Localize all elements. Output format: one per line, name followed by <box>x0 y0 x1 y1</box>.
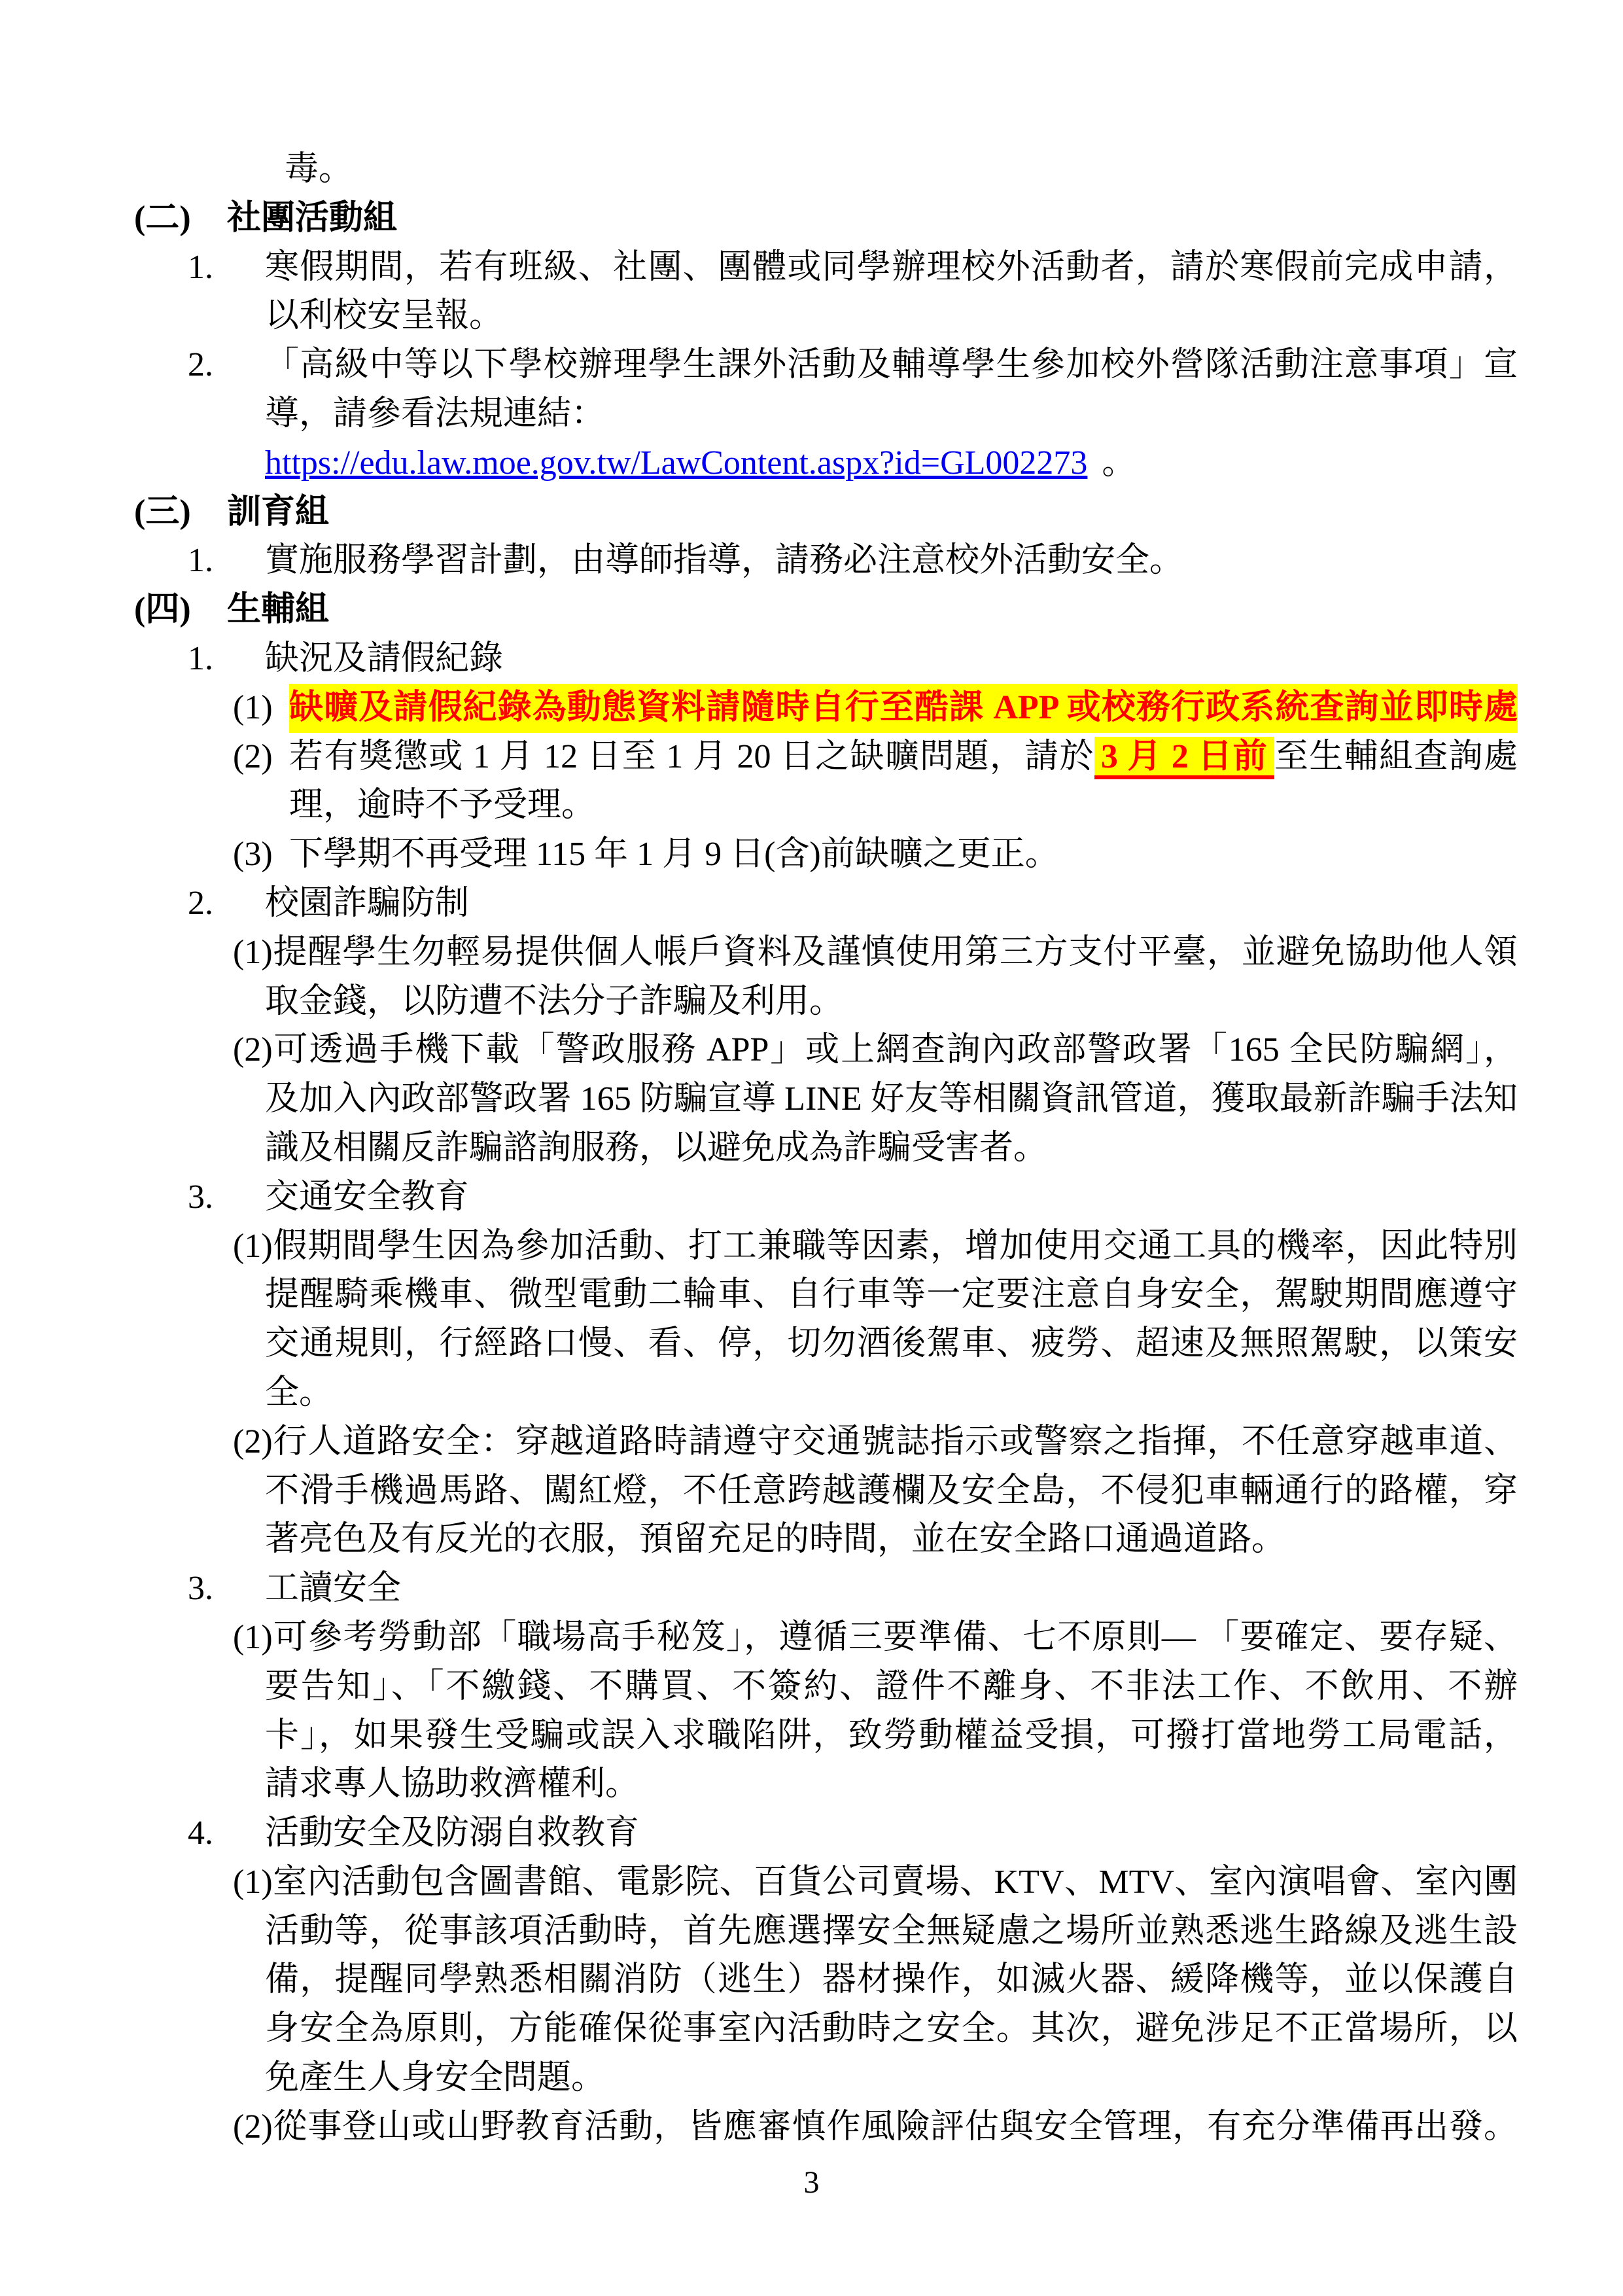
list-number: 3. <box>188 1564 265 1614</box>
line-text: 室內活動包含圖書館、電影院、百貨公司賣場、KTV、MTV、室內演唱會、室內團體 <box>233 1863 1518 1907</box>
line-text: 實施服務學習計劃，由導師指導，請務必注意校外活動安全。 <box>265 537 1518 586</box>
line-text: 活動等，從事該項活動時，首先應選擇安全無疑慮之場所並熟悉逃生路線及逃生設 <box>265 1907 1518 1956</box>
line-text-post: 至生輔組查詢處 <box>1274 738 1518 775</box>
item-title: 缺況及請假紀錄 <box>265 635 1518 684</box>
list-item-line: 1. 寒假期間，若有班級、社團、團體或同學辦理校外活動者，請於寒假前完成申請， <box>0 243 1623 292</box>
list-item-line: 2. 「高級中等以下學校辦理學生課外活動及輔導學生參加校外營隊活動注意事項」宣 <box>0 341 1623 390</box>
sub-number: (2) <box>233 1031 273 1069</box>
list-number: 1. <box>188 537 265 586</box>
law-link-line: https://edu.law.moe.gov.tw/LawContent.as… <box>0 439 1623 488</box>
item-title: 交通安全教育 <box>265 1173 1518 1222</box>
sub-item-line: (1)假期間學生因為參加活動、打工兼職等因素，增加使用交通工具的機率，因此特別 <box>0 1222 1623 1271</box>
line-text: 。 <box>1102 439 1136 488</box>
line-text: 取金錢，以防遭不法分子詐騙及利用。 <box>265 978 1518 1027</box>
section-number: (二) <box>134 194 227 243</box>
section-title: 訓育組 <box>227 488 329 537</box>
line-text: 不滑手機過馬路、闖紅燈，不任意跨越護欄及安全島，不侵犯車輛通行的路權，穿 <box>265 1467 1518 1516</box>
list-item-heading: 4. 活動安全及防溺自救教育 <box>0 1809 1623 1858</box>
section-heading-student-affairs: (四) 生輔組 <box>0 586 1623 635</box>
sub-item-line: (1) 缺曠及請假紀錄為動態資料請隨時自行至酷課 APP 或校務行政系統查詢並即… <box>0 684 1623 733</box>
carryover-line: 毒。 <box>0 145 1623 194</box>
sub-item-line: 免產生人身安全問題。 <box>0 2054 1623 2103</box>
sub-item-line: (1)室內活動包含圖書館、電影院、百貨公司賣場、KTV、MTV、室內演唱會、室內… <box>0 1858 1623 1907</box>
line-text: 交通規則，行經路口慢、看、停，切勿酒後駕車、疲勞、超速及無照駕駛，以策安 <box>265 1320 1518 1369</box>
section-number: (四) <box>134 586 227 635</box>
sub-item-line: 識及相關反詐騙諮詢服務，以避免成為詐騙受害者。 <box>0 1124 1623 1173</box>
list-item-heading: 1. 缺況及請假紀錄 <box>0 635 1623 684</box>
item-title: 工讀安全 <box>265 1564 1518 1614</box>
section-heading-club-activities: (二) 社團活動組 <box>0 194 1623 243</box>
line-text: (2)行人道路安全：穿越道路時請遵守交通號誌指示或警察之指揮，不任意穿越車道、 <box>233 1418 1518 1467</box>
line-text: 行人道路安全：穿越道路時請遵守交通號誌指示或警察之指揮，不任意穿越車道、 <box>273 1423 1518 1460</box>
sub-item-line: 提醒騎乘機車、微型電動二輪車、自行車等一定要注意自身安全，駕駛期間應遵守 <box>0 1271 1623 1320</box>
sub-item-line: 理，逾時不予受理。 <box>0 781 1623 830</box>
sub-item-line: 備，提醒同學熟悉相關消防（逃生）器材操作，如滅火器、緩降機等，並以保護自 <box>0 1956 1623 2005</box>
list-item-heading: 2. 校園詐騙防制 <box>0 879 1623 928</box>
sub-item-line: 請求專人協助救濟權利。 <box>0 1760 1623 1809</box>
sub-item-line: 著亮色及有反光的衣服，預留充足的時間，並在安全路口通過道路。 <box>0 1515 1623 1564</box>
item-title: 校園詐騙防制 <box>265 879 1518 928</box>
sub-item-line: 不滑手機過馬路、闖紅燈，不任意跨越護欄及安全島，不侵犯車輛通行的路權，穿 <box>0 1467 1623 1516</box>
sub-item-line: (1)可參考勞動部「職場高手秘笈」，遵循三要準備、七不原則— 「要確定、要存疑、 <box>0 1614 1623 1663</box>
line-text: 著亮色及有反光的衣服，預留充足的時間，並在安全路口通過道路。 <box>265 1515 1518 1564</box>
line-text: (2)從事登山或山野教育活動，皆應審慎作風險評估與安全管理，有充分準備再出發。 <box>233 2103 1518 2152</box>
law-content-link[interactable]: https://edu.law.moe.gov.tw/LawContent.as… <box>265 439 1087 488</box>
sub-item-line: (3) 下學期不再受理 115 年 1 月 9 日(含)前缺曠之更正。 <box>0 830 1623 879</box>
sub-item-line: 取金錢，以防遭不法分子詐騙及利用。 <box>0 978 1623 1027</box>
sub-number: (1) <box>233 934 273 971</box>
sub-number: (1) <box>233 1227 273 1265</box>
line-text: (1)室內活動包含圖書館、電影院、百貨公司賣場、KTV、MTV、室內演唱會、室內… <box>233 1858 1518 1907</box>
section-title: 生輔組 <box>227 586 329 635</box>
sub-number: (1) <box>233 684 289 733</box>
sub-number: (1) <box>233 1863 273 1901</box>
sub-number: (3) <box>233 830 289 879</box>
document-body: 毒。 (二) 社團活動組 1. 寒假期間，若有班級、社團、團體或同學辦理校外活動… <box>0 0 1623 2152</box>
sub-number: (2) <box>233 2108 273 2146</box>
list-number: 2. <box>188 879 265 928</box>
sub-item-line: (1)提醒學生勿輕易提供個人帳戶資料及謹慎使用第三方支付平臺，並避免協助他人領 <box>0 928 1623 978</box>
list-item-line: 以利校安呈報。 <box>0 292 1623 341</box>
line-text: 卡」，如果發生受騙或誤入求職陷阱，致勞動權益受損，可撥打當地勞工局電話， <box>265 1712 1518 1761</box>
deadline-highlight: 3 月 2 日前 <box>1094 737 1274 779</box>
list-number: 1. <box>188 243 265 292</box>
list-item-line: 導，請參看法規連結： <box>0 390 1623 439</box>
line-text: 備，提醒同學熟悉相關消防（逃生）器材操作，如滅火器、緩降機等，並以保護自 <box>265 1956 1518 2005</box>
sub-number: (2) <box>233 733 289 782</box>
sub-number: (2) <box>233 1423 273 1460</box>
list-number: 4. <box>188 1809 265 1858</box>
section-number: (三) <box>134 488 227 537</box>
line-text: 提醒學生勿輕易提供個人帳戶資料及謹慎使用第三方支付平臺，並避免協助他人領 <box>273 934 1518 971</box>
line-text: 可參考勞動部「職場高手秘笈」，遵循三要準備、七不原則— 「要確定、要存疑、 <box>273 1619 1518 1656</box>
line-text: 若有獎懲或 1 月 12 日至 1 月 20 日之缺曠問題，請於3 月 2 日前… <box>289 733 1518 782</box>
line-text: 請求專人協助救濟權利。 <box>265 1760 1518 1809</box>
sub-number: (1) <box>233 1619 273 1656</box>
sub-item-line: 交通規則，行經路口慢、看、停，切勿酒後駕車、疲勞、超速及無照駕駛，以策安 <box>0 1320 1623 1369</box>
highlight-alert-text: 缺曠及請假紀錄為動態資料請隨時自行至酷課 APP 或校務行政系統查詢並即時處理。 <box>289 684 1518 733</box>
line-text: 從事登山或山野教育活動，皆應審慎作風險評估與安全管理，有充分準備再出發。 <box>273 2108 1518 2146</box>
line-text: (1)可參考勞動部「職場高手秘笈」，遵循三要準備、七不原則— 「要確定、要存疑、 <box>233 1614 1518 1663</box>
sub-item-line: 要告知」、「不繳錢、不購買、不簽約、證件不離身、不非法工作、不飲用、不辦 <box>0 1663 1623 1712</box>
line-text: 身安全為原則，方能確保從事室內活動時之安全。其次，避免涉足不正當場所，以 <box>265 2005 1518 2054</box>
line-text: 導，請參看法規連結： <box>265 390 1518 439</box>
line-text: 下學期不再受理 115 年 1 月 9 日(含)前缺曠之更正。 <box>289 830 1518 879</box>
line-text: 寒假期間，若有班級、社團、團體或同學辦理校外活動者，請於寒假前完成申請， <box>265 243 1518 292</box>
sub-item-line: (2)從事登山或山野教育活動，皆應審慎作風險評估與安全管理，有充分準備再出發。 <box>0 2103 1623 2152</box>
line-text: 以利校安呈報。 <box>265 292 1518 341</box>
line-text: 「高級中等以下學校辦理學生課外活動及輔導學生參加校外營隊活動注意事項」宣 <box>265 341 1518 390</box>
line-text-pre: 若有獎懲或 1 月 12 日至 1 月 20 日之缺曠問題，請於 <box>289 738 1094 775</box>
sub-item-line: (2) 若有獎懲或 1 月 12 日至 1 月 20 日之缺曠問題，請於3 月 … <box>0 733 1623 782</box>
list-number: 3. <box>188 1173 265 1222</box>
line-text: 要告知」、「不繳錢、不購買、不簽約、證件不離身、不非法工作、不飲用、不辦 <box>265 1663 1518 1712</box>
sub-item-line: (2)可透過手機下載「警政服務 APP」或上網查詢內政部警政署「165 全民防騙… <box>0 1026 1623 1075</box>
line-text: 及加入內政部警政署 165 防騙宣導 LINE 好友等相關資訊管道，獲取最新詐騙… <box>265 1075 1518 1124</box>
line-text: 全。 <box>265 1369 1518 1418</box>
sub-item-line: 身安全為原則，方能確保從事室內活動時之安全。其次，避免涉足不正當場所，以 <box>0 2005 1623 2054</box>
line-text: 可透過手機下載「警政服務 APP」或上網查詢內政部警政署「165 全民防騙網」， <box>273 1031 1518 1069</box>
line-text: 免產生人身安全問題。 <box>265 2054 1518 2103</box>
item-title: 活動安全及防溺自救教育 <box>265 1809 1518 1858</box>
line-text: (1)假期間學生因為參加活動、打工兼職等因素，增加使用交通工具的機率，因此特別 <box>233 1222 1518 1271</box>
section-heading-discipline: (三) 訓育組 <box>0 488 1623 537</box>
sub-item-line: 活動等，從事該項活動時，首先應選擇安全無疑慮之場所並熟悉逃生路線及逃生設 <box>0 1907 1623 1956</box>
list-number: 2. <box>188 341 265 390</box>
line-text: (1)提醒學生勿輕易提供個人帳戶資料及謹慎使用第三方支付平臺，並避免協助他人領 <box>233 928 1518 978</box>
list-number: 1. <box>188 635 265 684</box>
page-number: 3 <box>0 2163 1623 2202</box>
line-text: 毒。 <box>285 145 1518 194</box>
sub-item-line: 卡」，如果發生受騙或誤入求職陷阱，致勞動權益受損，可撥打當地勞工局電話， <box>0 1712 1623 1761</box>
list-item-line: 1. 實施服務學習計劃，由導師指導，請務必注意校外活動安全。 <box>0 537 1623 586</box>
sub-item-line: 及加入內政部警政署 165 防騙宣導 LINE 好友等相關資訊管道，獲取最新詐騙… <box>0 1075 1623 1124</box>
line-text: 理，逾時不予受理。 <box>289 781 1518 830</box>
list-item-heading: 3. 工讀安全 <box>0 1564 1623 1614</box>
line-text: 提醒騎乘機車、微型電動二輪車、自行車等一定要注意自身安全，駕駛期間應遵守 <box>265 1271 1518 1320</box>
line-text: 識及相關反詐騙諮詢服務，以避免成為詐騙受害者。 <box>265 1124 1518 1173</box>
line-text: 假期間學生因為參加活動、打工兼職等因素，增加使用交通工具的機率，因此特別 <box>273 1227 1518 1265</box>
line-text: (2)可透過手機下載「警政服務 APP」或上網查詢內政部警政署「165 全民防騙… <box>233 1026 1518 1075</box>
list-item-heading: 3. 交通安全教育 <box>0 1173 1623 1222</box>
sub-item-line: (2)行人道路安全：穿越道路時請遵守交通號誌指示或警察之指揮，不任意穿越車道、 <box>0 1418 1623 1467</box>
document-page: 毒。 (二) 社團活動組 1. 寒假期間，若有班級、社團、團體或同學辦理校外活動… <box>0 0 1623 2296</box>
section-title: 社團活動組 <box>227 194 397 243</box>
sub-item-line: 全。 <box>0 1369 1623 1418</box>
